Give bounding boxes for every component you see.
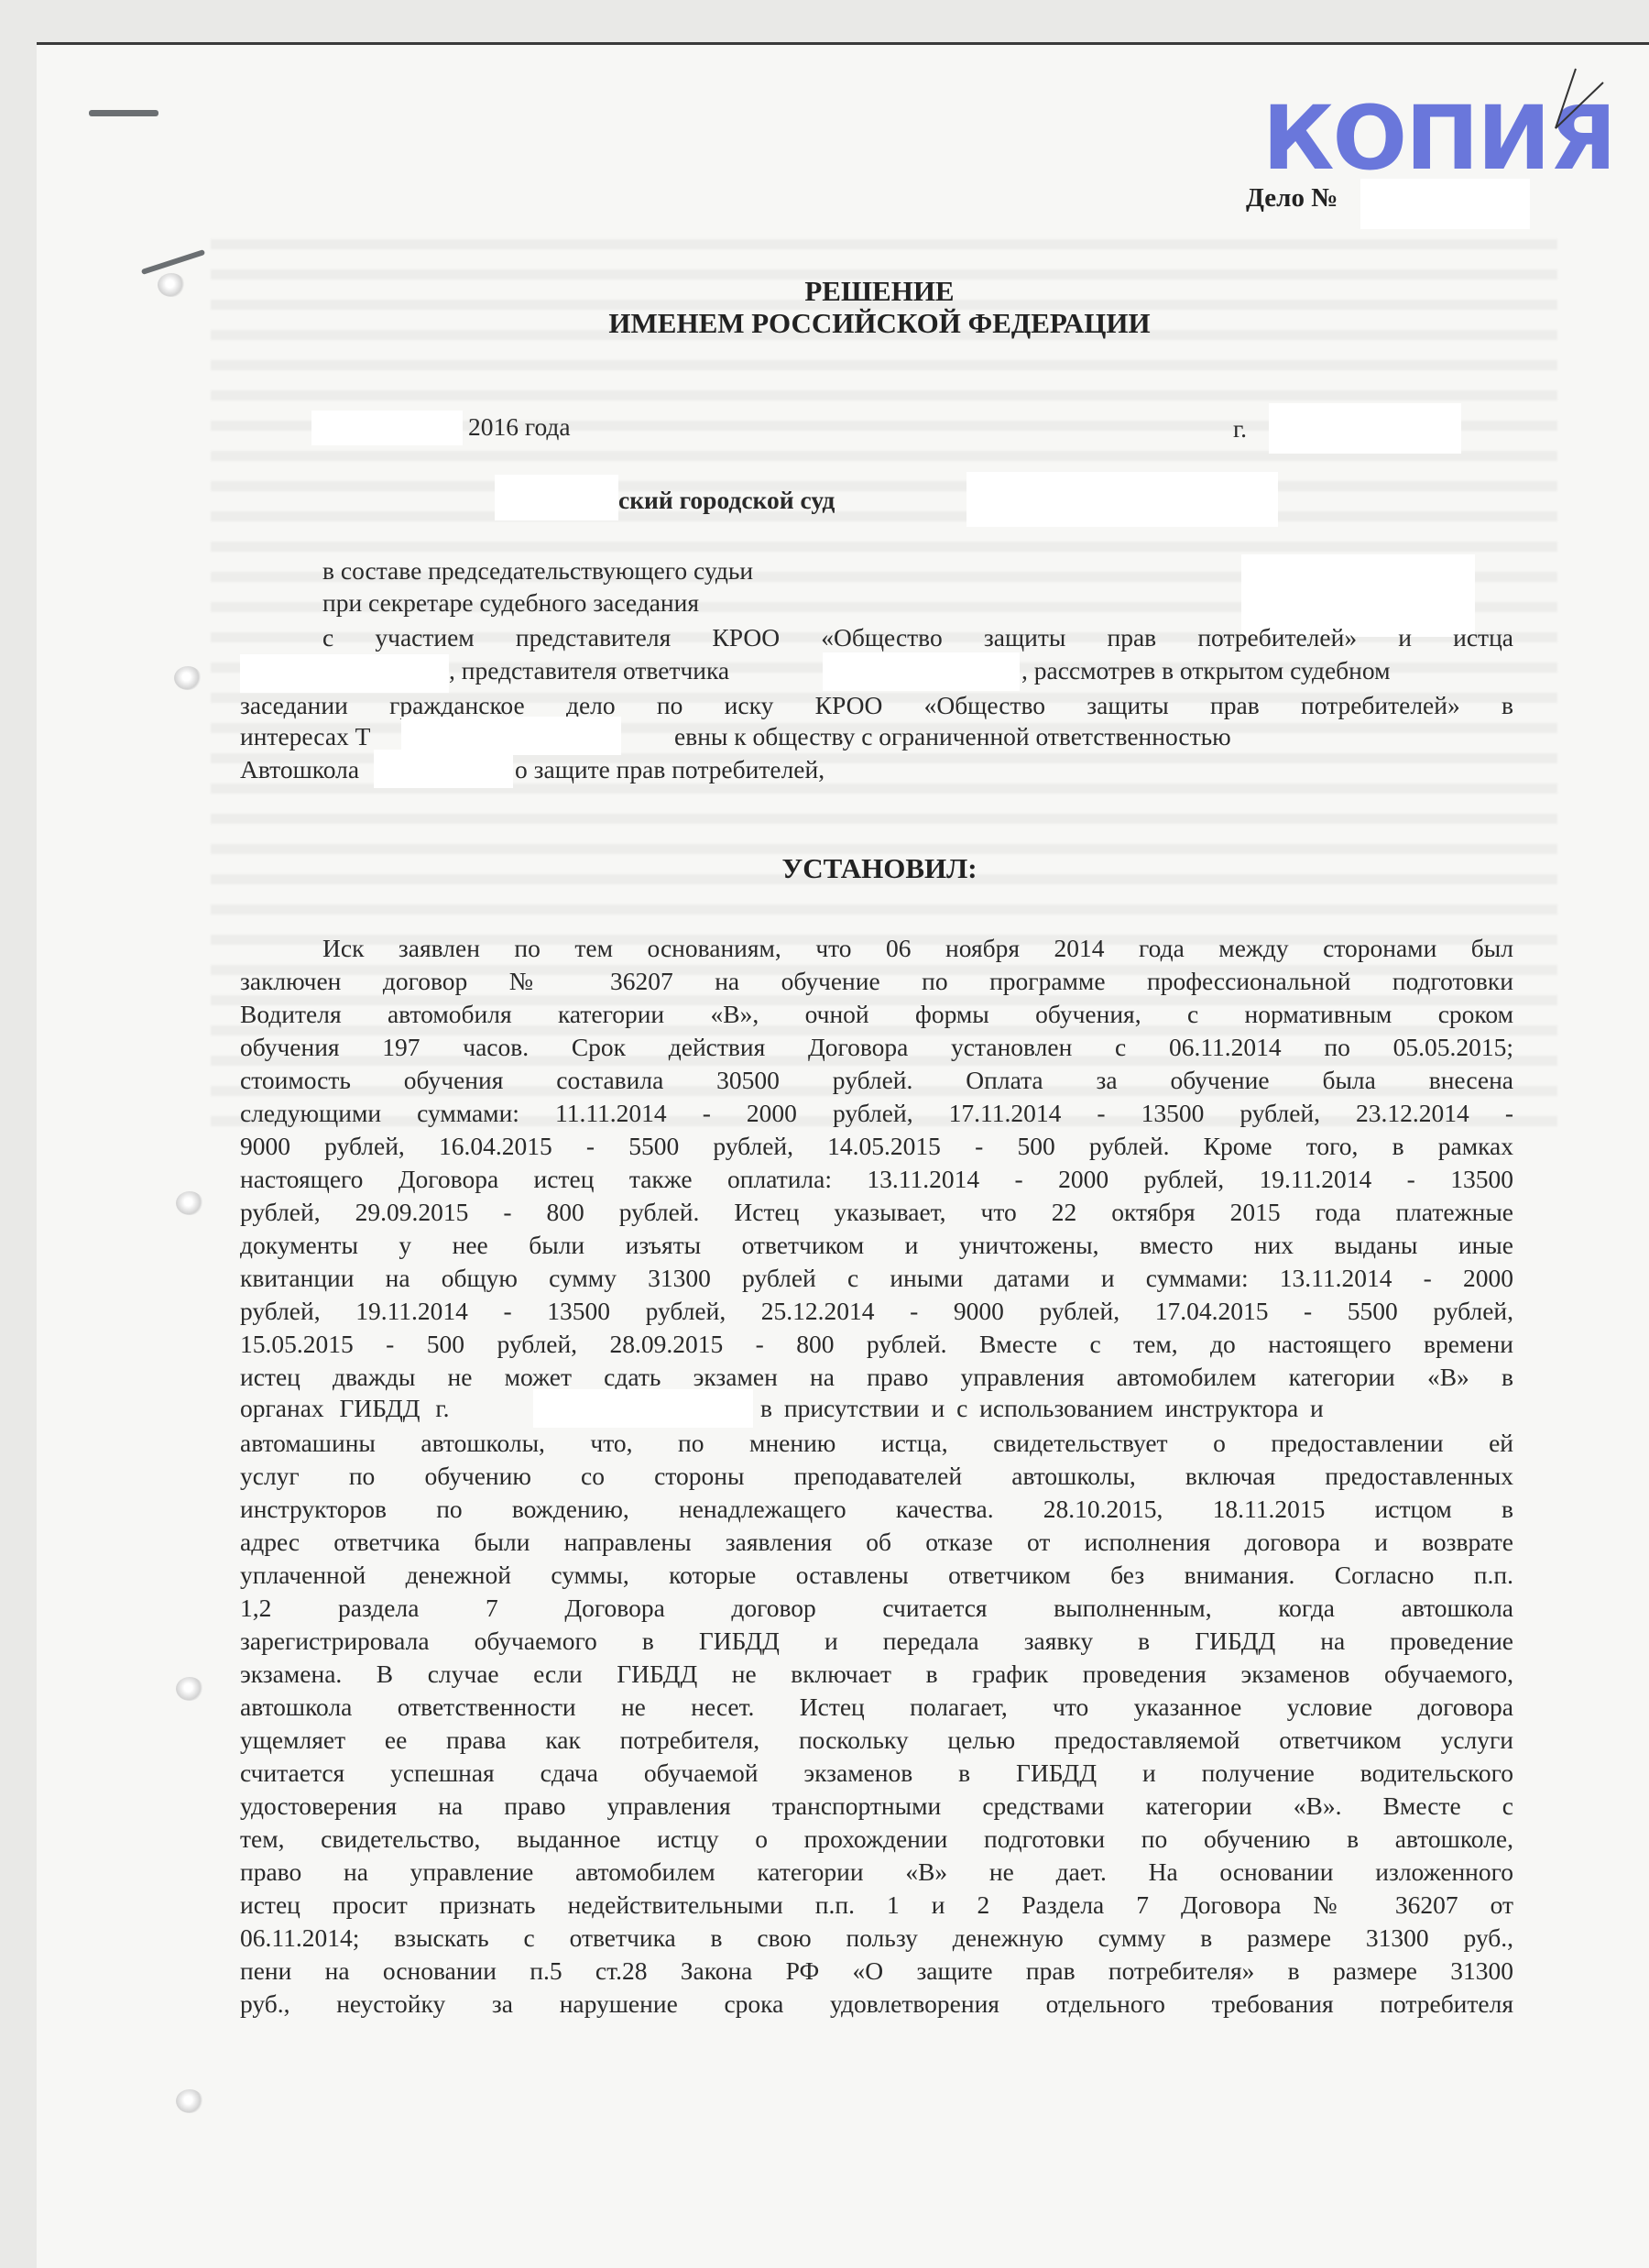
body-line: 15.05.2015 - 500 рублей, 28.09.2015 - 80… <box>240 1328 1513 1361</box>
body-line: рублей, 19.11.2014 - 13500 рублей, 25.12… <box>240 1295 1513 1328</box>
redaction-date <box>311 411 463 445</box>
composition-secretary: при секретаре судебного заседания <box>322 588 699 618</box>
body-line: услуг по обучению со стороны преподавате… <box>240 1460 1513 1493</box>
body-line: считается успешная сдача обучаемой экзам… <box>240 1757 1513 1790</box>
body-line: право на управление автомобилем категори… <box>240 1856 1513 1889</box>
punch-mark <box>176 1191 203 1215</box>
composition-autoschool: Автошкола <box>240 755 359 784</box>
composition-subject: о защите прав потребителей, <box>515 755 824 784</box>
punch-mark <box>176 1677 203 1701</box>
redaction-autoschool-name <box>374 750 513 788</box>
body-line-tail: в присутствии и с использованием инструк… <box>760 1394 1324 1423</box>
redaction-court-prefix <box>495 475 618 520</box>
body-line: обучения 197 часов. Срок действия Догово… <box>240 1031 1513 1064</box>
punch-mark <box>176 2089 203 2113</box>
body-line: заключен договор № 36207 на обучение по … <box>240 965 1513 998</box>
body-line: ущемляет ее права как потребителя, поско… <box>240 1724 1513 1757</box>
body-line: стоимость обучения составила 30500 рубле… <box>240 1064 1513 1097</box>
document-subtitle: ИМЕНЕМ РОССИЙСКОЙ ФЕДЕРАЦИИ <box>513 307 1246 340</box>
body-line: адрес ответчика были направлены заявлени… <box>240 1526 1513 1559</box>
redaction-defendant-rep <box>823 652 1020 691</box>
body-line: экзамена. В случае если ГИБДД не включае… <box>240 1658 1513 1691</box>
redaction-city <box>1269 403 1461 454</box>
body-line: Водителя автомобиля категории «В», очной… <box>240 998 1513 1031</box>
city-prefix: г. <box>1233 414 1247 444</box>
document-title: РЕШЕНИЕ <box>513 275 1246 308</box>
redaction-city-gibdd <box>533 1389 753 1428</box>
body-line: тем, свидетельство, выданное истцу о про… <box>240 1823 1513 1856</box>
punch-mark <box>158 273 185 297</box>
section-heading-established: УСТАНОВИЛ: <box>513 852 1246 885</box>
composition-defendant: евны к обществу с ограниченной ответстве… <box>674 722 1231 751</box>
body-line: 1,2 раздела 7 Договора договор считается… <box>240 1592 1513 1625</box>
body-line: органах ГИБДД г. <box>240 1394 449 1423</box>
body-line: пени на основании п.5 ст.28 Закона РФ «О… <box>240 1955 1513 1988</box>
decision-date: 2016 года <box>468 412 571 442</box>
composition-judge: в составе председательствующего судьи <box>322 556 753 586</box>
composition-defendant-rep: , представителя ответчика <box>449 656 729 685</box>
redaction-court-suffix <box>966 472 1278 527</box>
case-number-label: Дело № <box>1246 183 1338 214</box>
body-line: квитанции на общую сумму 31300 рублей с … <box>240 1262 1513 1295</box>
body-line: зарегистрировала обучаемого в ГИБДД и пе… <box>240 1625 1513 1658</box>
composition-interests: интересах Т <box>240 722 370 751</box>
body-line: следующими суммами: 11.11.2014 - 2000 ру… <box>240 1097 1513 1130</box>
court-name: ский городской суд <box>618 486 835 515</box>
body-line: документы у нее были изъяты ответчиком и… <box>240 1229 1513 1262</box>
body-line: 9000 рублей, 16.04.2015 - 5500 рублей, 1… <box>240 1130 1513 1163</box>
redaction-case-number <box>1360 179 1530 229</box>
body-line: 06.11.2014; взыскать с ответчика в свою … <box>240 1922 1513 1955</box>
punch-mark <box>174 666 202 690</box>
body-line: автомашины автошколы, что, по мнению ист… <box>240 1427 1513 1460</box>
body-line: автошкола ответственности не несет. Исте… <box>240 1691 1513 1724</box>
body-line: рублей, 29.09.2015 - 800 рублей. Истец у… <box>240 1196 1513 1229</box>
body-line: руб., неустойку за нарушение срока удовл… <box>240 1988 1513 2021</box>
staple-top <box>89 110 158 116</box>
redaction-plaintiff <box>240 654 449 693</box>
body-line: удостоверения на право управления трансп… <box>240 1790 1513 1823</box>
body-line: инструкторов по вождению, ненадлежащего … <box>240 1493 1513 1526</box>
body-line: Иск заявлен по тем основаниям, что 06 но… <box>240 932 1513 965</box>
body-line: истец просит признать недействительными … <box>240 1889 1513 1922</box>
body-line: настоящего Договора истец также оплатила… <box>240 1163 1513 1196</box>
body-line: уплаченной денежной суммы, которые остав… <box>240 1559 1513 1592</box>
composition-participants: с участием представителя КРОО «Общество … <box>240 621 1513 654</box>
composition-hearing: , рассмотрев в открытом судебном <box>1021 656 1390 685</box>
signature-mark-icon <box>1539 64 1612 147</box>
body-line: истец дважды не может сдать экзамен на п… <box>240 1361 1513 1394</box>
